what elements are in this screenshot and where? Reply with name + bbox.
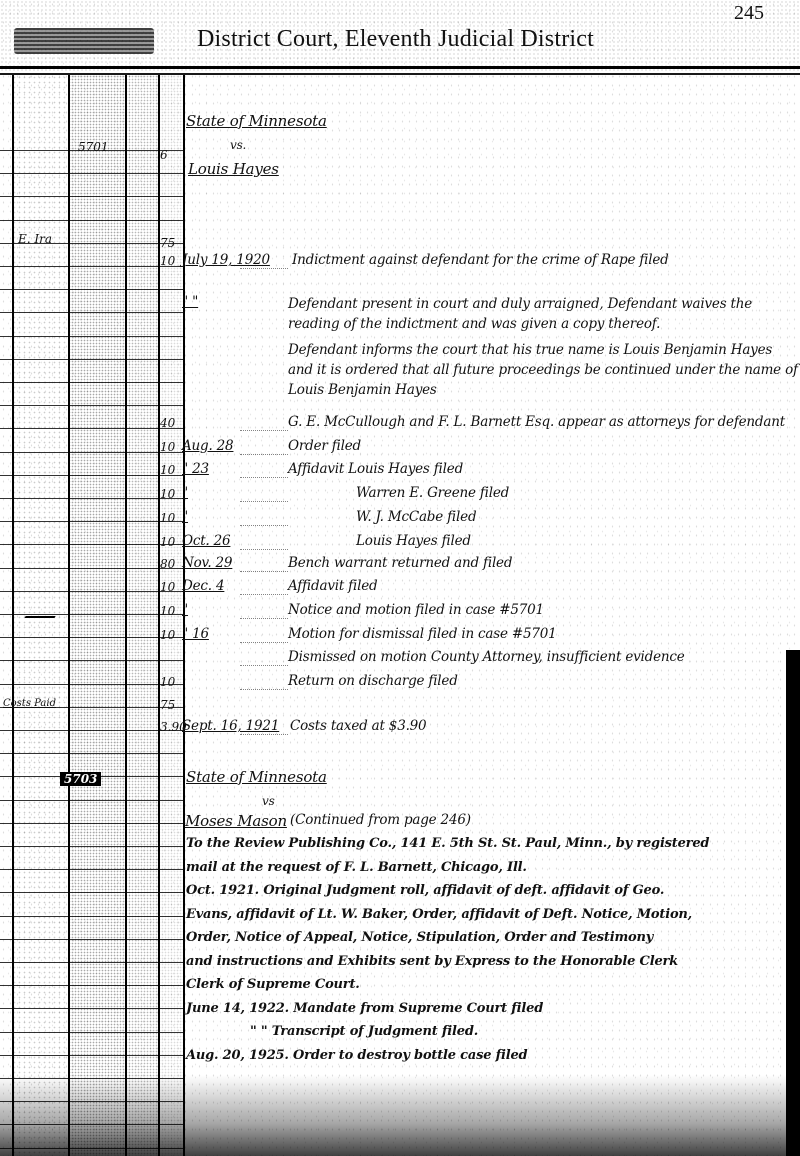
leader-dots [240,689,288,690]
ledger-row-line [0,568,183,569]
page-edge [786,650,800,1156]
ledger-row-line [0,173,183,174]
entry-text: Defendant present in court and duly arra… [288,294,798,334]
entry-fee: 40 [160,416,175,430]
case2-entry: Clerk of Supreme Court. [186,977,360,992]
leader-dots [240,477,288,478]
ledger-row-line [0,753,183,754]
leader-dots [240,642,288,643]
entry-fee: 10 [160,580,175,594]
ledger-row-line [0,521,183,522]
leader-dots [240,430,288,431]
entry-date: " [182,485,188,501]
ledger-row-line [0,684,183,685]
case2-entry: Aug. 20, 1925. Order to destroy bottle c… [186,1048,527,1063]
entry-fee: 10 [160,440,175,454]
ledger-row-line [0,660,183,661]
ledger-row-line [0,289,183,290]
entry-text: Notice and motion filed in case #5701 [288,602,544,618]
ledger-row-line [0,800,183,801]
entry-text: Indictment against defendant for the cri… [292,252,669,268]
entry-date: Sept. 16, 1921 [182,718,279,734]
entry-date: " [182,509,188,525]
ledger-row-line [0,1008,183,1009]
leader-dots [240,618,288,619]
leader-dots [240,525,288,526]
entry-date: July 19, 1920 [182,252,270,268]
entry-fee: 10 [160,628,175,642]
ledger-row-line [0,475,183,476]
case2-entry: June 14, 1922. Mandate from Supreme Cour… [186,1001,543,1016]
ledger-row-line [0,452,183,453]
ledger-row-line [0,823,183,824]
entry-date: " 23 [182,461,209,477]
case2-continued-note: (Continued from page 246) [290,812,471,828]
ledger-row-line [0,939,183,940]
case2-plaintiff: State of Minnesota [186,768,327,786]
entry-fee: 10 [160,535,175,549]
case1-left-note-bottom: Costs Paid [3,698,56,709]
ledger-row-line [0,196,183,197]
case2-entry: Oct. 1921. Original Judgment roll, affid… [186,883,664,898]
entry-date: " " [182,294,198,310]
entry-text: Order filed [288,438,361,454]
ledger-row-line [0,892,183,893]
page-title: District Court, Eleventh Judicial Distri… [197,26,594,53]
case2-entry: " " Transcript of Judgment filed. [250,1024,478,1039]
ledger-row-line [0,544,183,545]
entry-text: Affidavit filed [288,578,377,594]
entry-text: G. E. McCullough and F. L. Barnett Esq. … [288,414,785,430]
ledger-row-line [0,1032,183,1033]
leader-dots [240,594,288,595]
ledger-row-line [0,382,183,383]
entry-fee: 10 [160,487,175,501]
case2-entry: mail at the request of F. L. Barnett, Ch… [186,860,527,875]
entry-text: W. J. McCabe filed [356,509,476,525]
entry-date: Dec. 4 [182,578,224,594]
case1-number: 5701 [78,140,109,154]
ledger-row-line [0,869,183,870]
page-bottom-shadow [0,1075,800,1156]
entry-fee: 6 [160,148,168,162]
entry-date: " 16 [182,626,209,642]
entry-date: " [182,602,188,618]
leader-dots [240,734,288,735]
entry-date: Nov. 29 [182,555,232,571]
entry-date: Oct. 26 [182,533,230,549]
ledger-row-line [0,359,183,360]
ledger-row-line [0,730,183,731]
ledger-row-line [0,312,183,313]
case2-entry: Order, Notice of Appeal, Notice, Stipula… [186,930,653,945]
header-rule [0,66,800,69]
entry-text: Return on discharge filed [288,673,458,689]
entry-text: Motion for dismissal filed in case #5701 [288,626,557,642]
entry-text: Dismissed on motion County Attorney, ins… [288,649,685,665]
case2-entry: Evans, affidavit of Lt. W. Baker, Order,… [186,907,692,922]
entry-fee: 10 [160,675,175,689]
ledger-row-line [0,591,183,592]
ledger-stamp [14,28,154,54]
entry-fee: 75 [160,698,175,712]
case1-left-note: E. Ira [18,232,52,246]
ledger-row-line [0,846,183,847]
entry-text: Affidavit Louis Hayes filed [288,461,463,477]
column-divider [125,75,127,1156]
column-divider [12,75,14,1156]
entry-fee: 10 [160,463,175,477]
ledger-col-3 [125,75,158,1156]
entry-fee: 80 [160,557,175,571]
entry-text: Defendant informs the court that his tru… [288,340,798,400]
case2-defendant: Moses Mason [185,812,287,830]
leader-dots [240,665,288,666]
case2-number: 5703 [60,772,101,786]
ledger-row-line [0,962,183,963]
ledger-row-line [0,637,183,638]
ledger-row-line [0,916,183,917]
case2-entry: and instructions and Exhibits sent by Ex… [186,954,678,969]
case2-entry: To the Review Publishing Co., 141 E. 5th… [186,836,709,851]
ledger-col-case-no [68,75,125,1156]
entry-date: Aug. 28 [182,438,233,454]
ledger-row-line [0,985,183,986]
case1-versus: vs. [230,138,246,152]
case1-defendant: Louis Hayes [188,160,279,178]
entry-text: Costs taxed at $3.90 [290,718,426,734]
leader-dots [240,268,288,269]
leader-dots [240,549,288,550]
ledger-row-line [0,498,183,499]
entry-text: Louis Hayes filed [356,533,471,549]
leader-dots [240,501,288,502]
leader-dots [240,454,288,455]
ledger-row-line [0,1055,183,1056]
entry-fee: 10 [160,511,175,525]
ledger-row-line [0,428,183,429]
ledger-row-line [0,220,183,221]
leader-dots [240,571,288,572]
entry-text: Bench warrant returned and filed [288,555,512,571]
case1-plaintiff: State of Minnesota [186,112,327,130]
entry-fee: 10 [160,604,175,618]
case2-versus: vs [262,794,275,808]
entry-text: Warren E. Greene filed [356,485,509,501]
ledger-row-line [0,336,183,337]
entry-fee: 10 [160,254,175,268]
entry-fee: 75 [160,236,175,250]
ledger-row-line [0,405,183,406]
column-divider [68,75,70,1156]
page-number: 245 [734,2,764,25]
ledger-row-line [0,266,183,267]
